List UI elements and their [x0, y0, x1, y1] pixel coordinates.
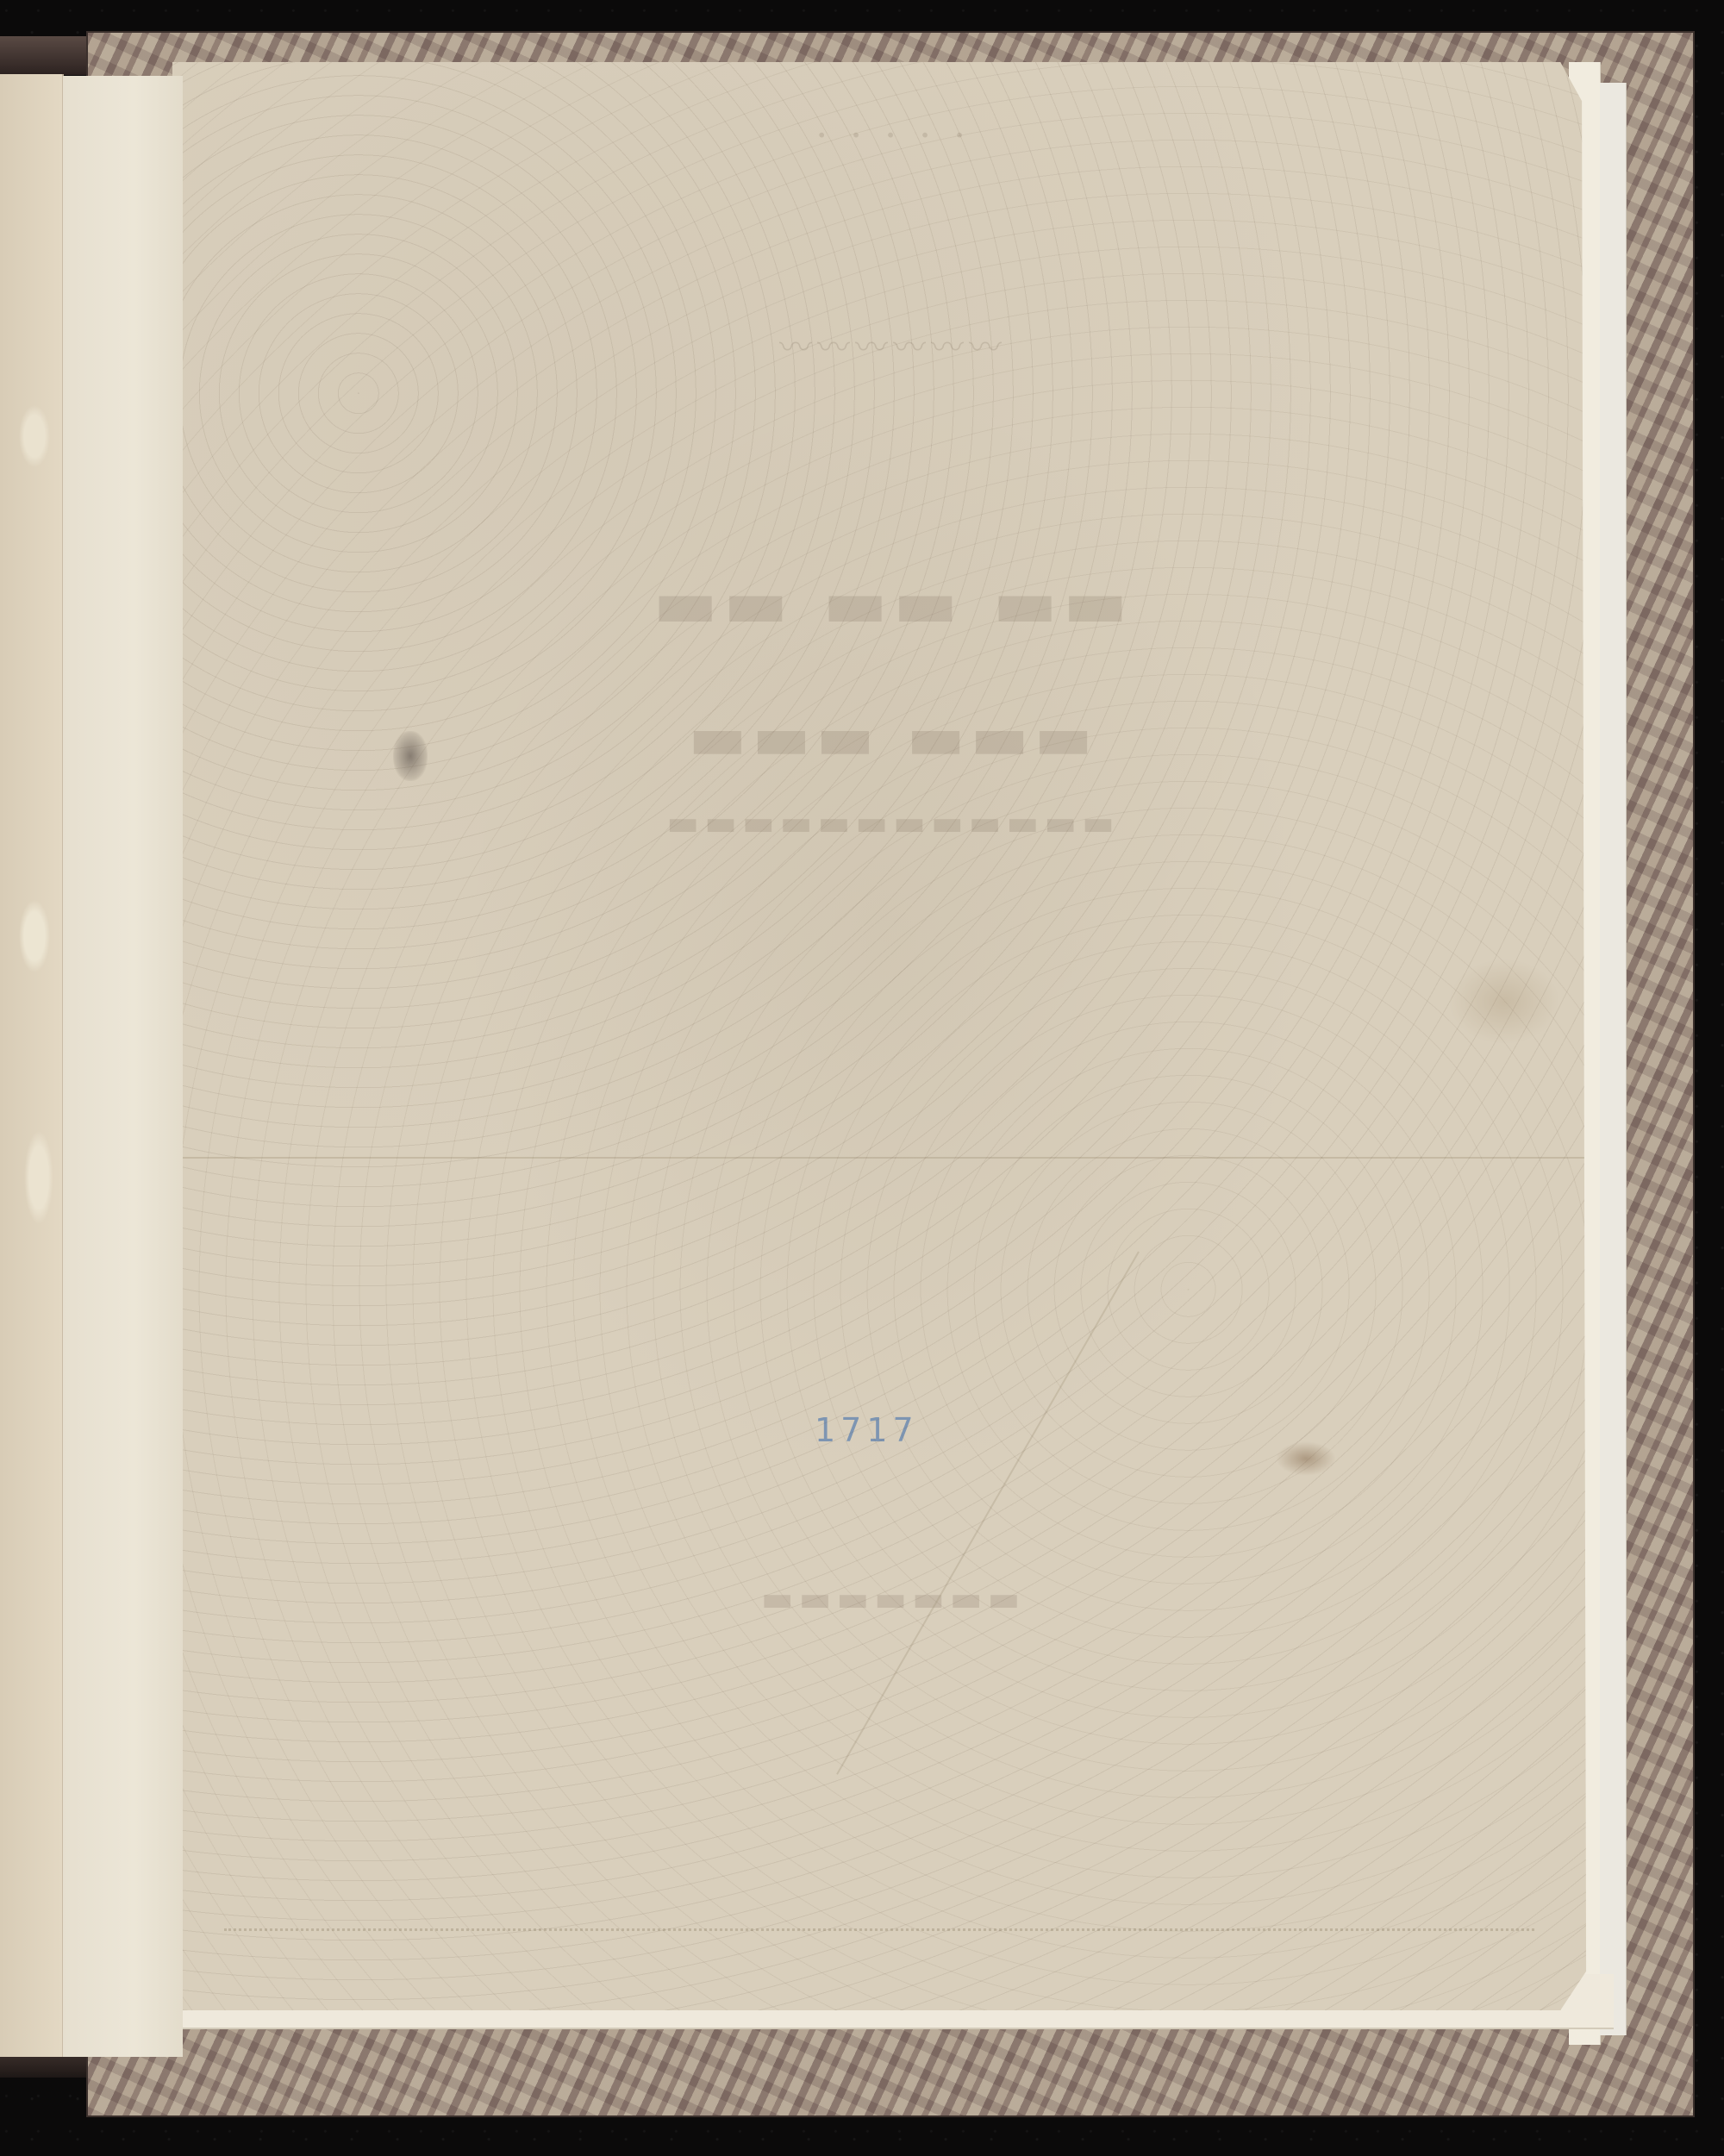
- show-through-line: ▬▬▬ ▬▬▬: [172, 700, 1603, 773]
- show-through-line: ▬▬▬▬▬▬▬: [172, 1579, 1603, 1619]
- show-through-line: 〰〰〰〰〰〰: [172, 321, 1603, 368]
- show-through-line: · · · · ·: [172, 114, 1603, 158]
- ink-blot: [393, 731, 428, 781]
- spine-edge-top: [0, 36, 86, 75]
- facing-page-left: [0, 74, 64, 2057]
- page-bottom-rule: [224, 1928, 1534, 1931]
- show-through-line: ▬▬ ▬▬ ▬▬: [172, 562, 1603, 643]
- fold-line: [172, 1157, 1603, 1159]
- tissue-guard-strip: [62, 76, 183, 2057]
- paper-stain: [1448, 959, 1560, 1045]
- book-page-verso: · · · · · 〰〰〰〰〰〰 ▬▬ ▬▬ ▬▬ ▬▬▬ ▬▬▬ ▬▬▬▬▬▬…: [172, 62, 1603, 2010]
- shelfmark-pencil-note: 1717: [815, 1411, 919, 1449]
- paper-stain: [1276, 1441, 1336, 1476]
- spine-edge-bottom: [0, 2053, 86, 2078]
- show-through-line: ▬▬▬▬▬▬▬▬▬▬▬▬: [172, 803, 1603, 843]
- endleaf-right-2: [1600, 83, 1627, 2035]
- diagonal-crease: [836, 1252, 1140, 1775]
